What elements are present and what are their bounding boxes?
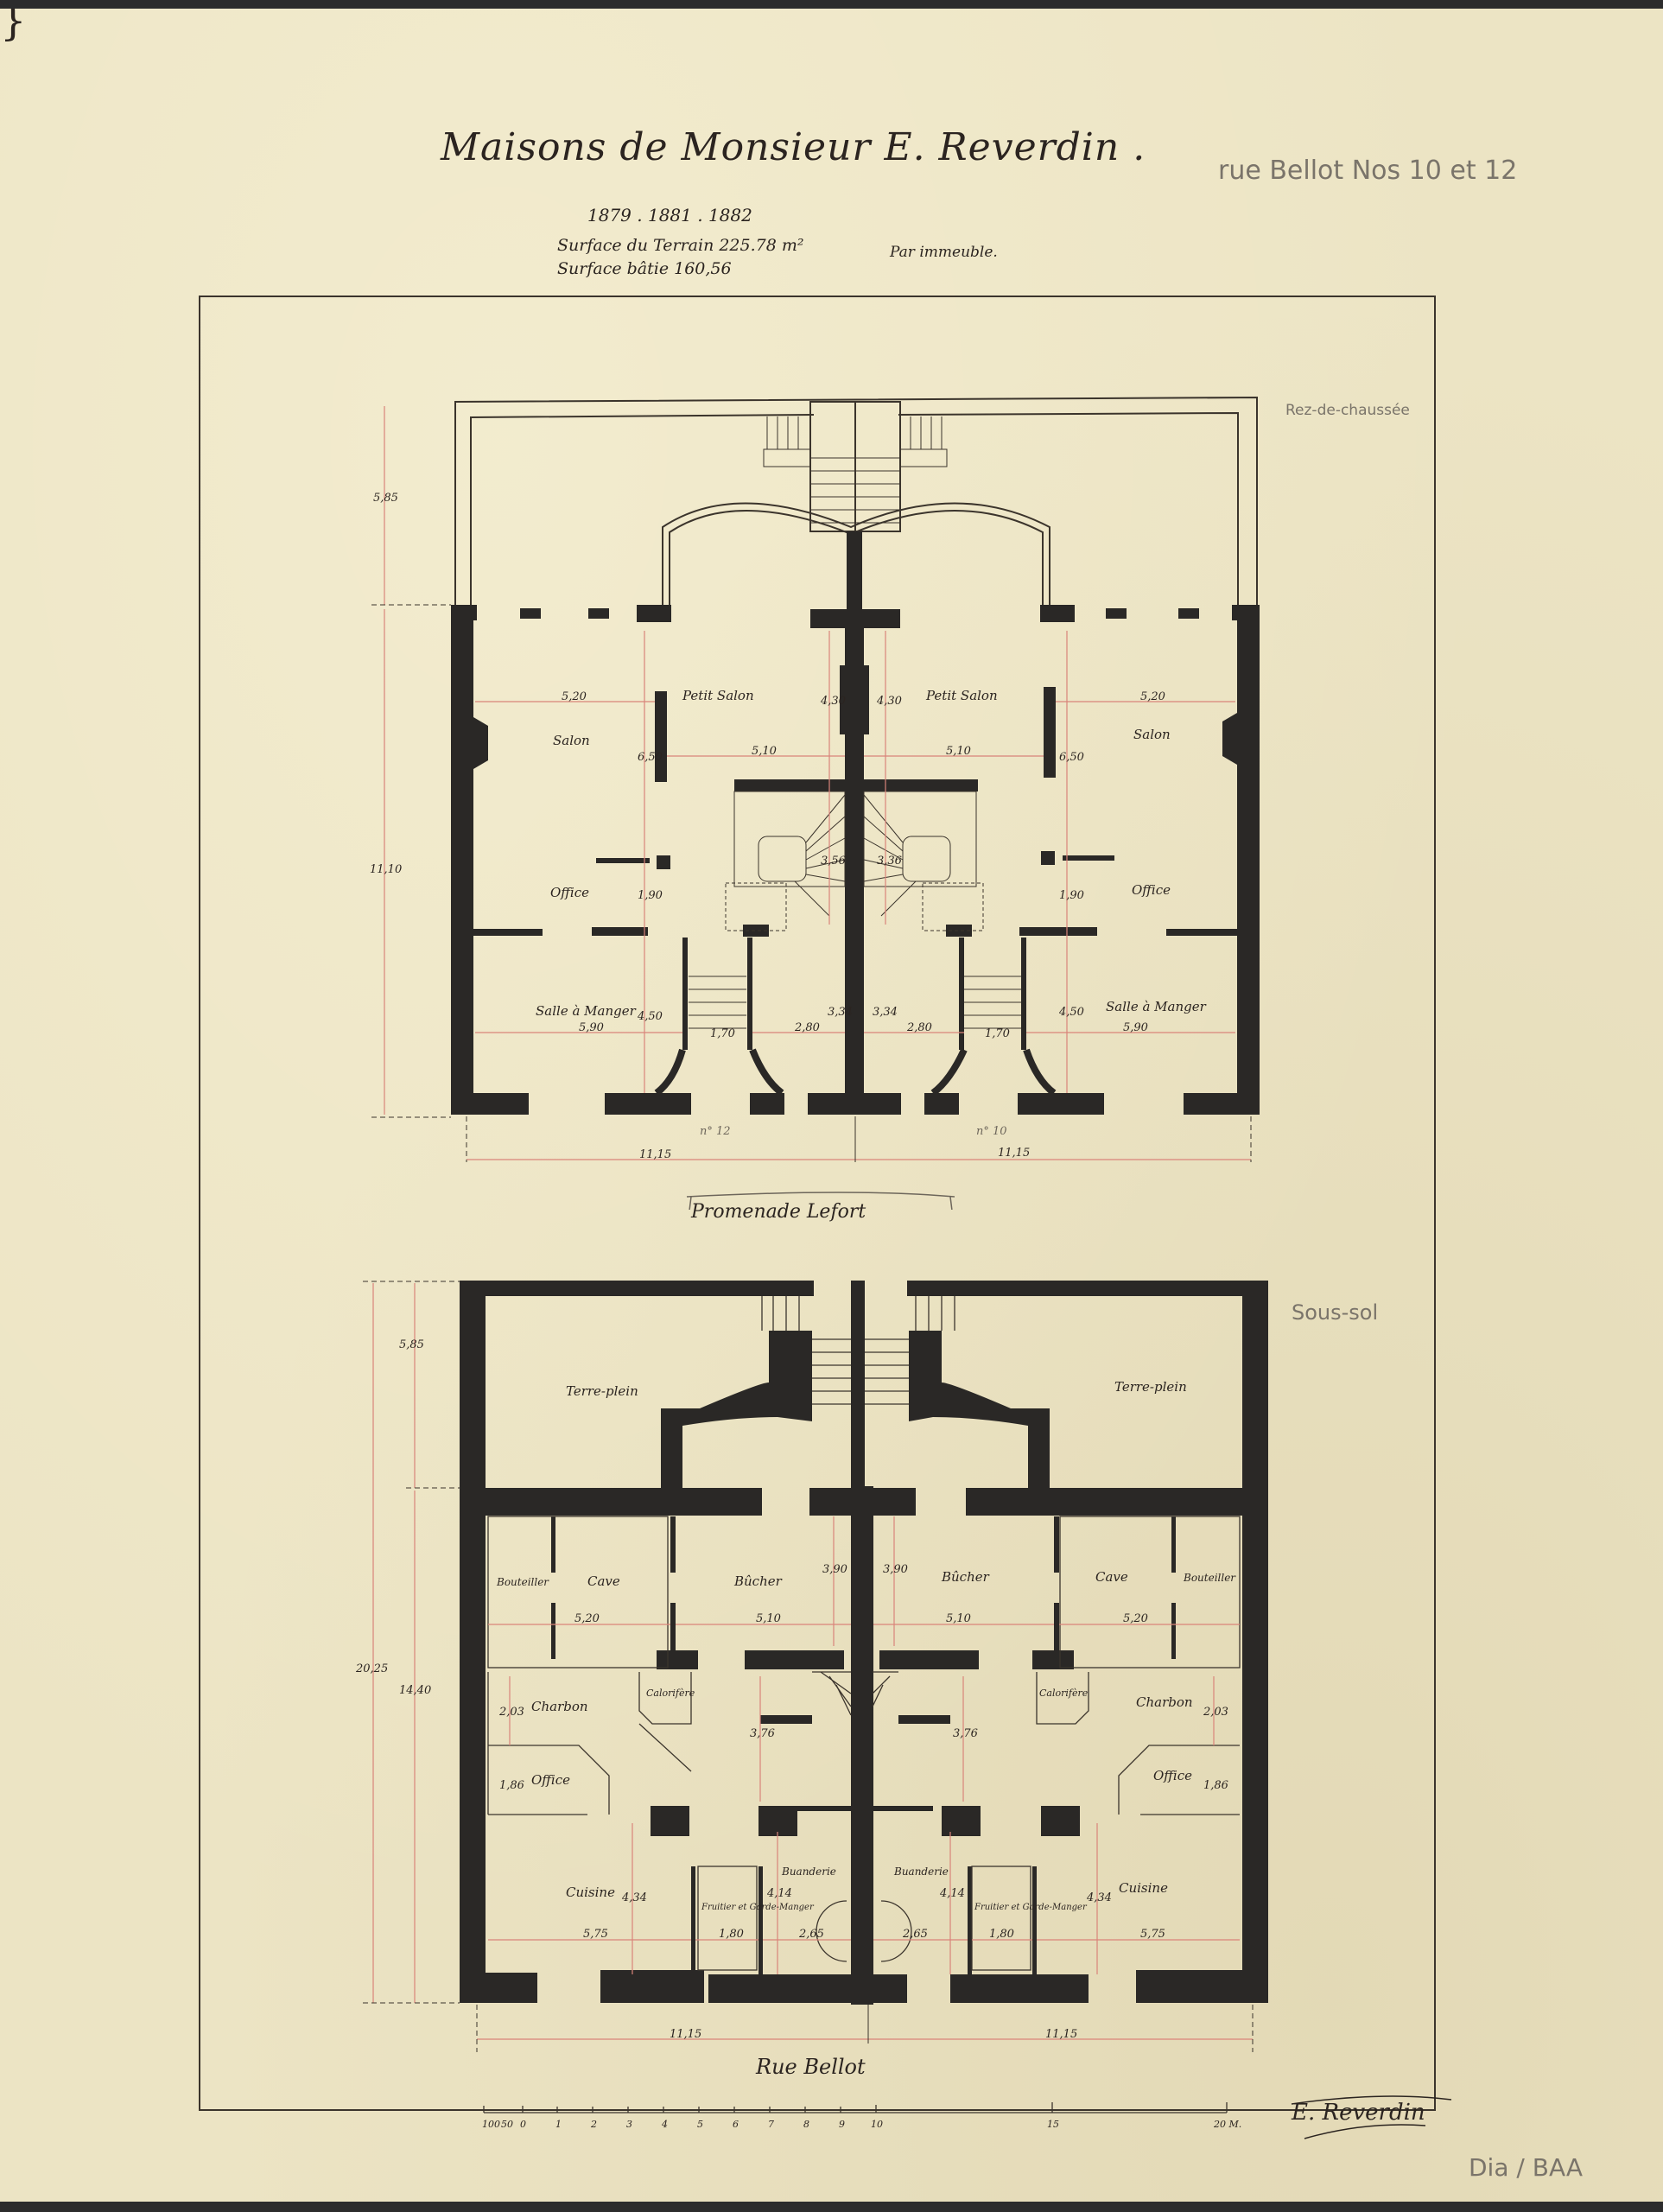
dimension: 1,70 [710, 1027, 735, 1040]
dimension: 20,25 [355, 1662, 388, 1675]
dimension: 5,10 [752, 745, 777, 758]
dimension: 5,85 [373, 492, 398, 505]
dimension: 5,90 [1123, 1021, 1148, 1034]
scale-tick: 50 [501, 2119, 513, 2130]
dimension: 6,50 [1059, 751, 1084, 764]
room-label: Cuisine [1119, 1880, 1168, 1896]
dimension: 1,86 [499, 1779, 524, 1792]
dimension: 5,75 [583, 1928, 608, 1941]
room-label: Bûcher [733, 1573, 783, 1589]
dimension: 4,50 [1058, 1006, 1084, 1019]
ground-floor-plan: Salon Petit Salon Office Salle à Manger … [0, 0, 1663, 1210]
scale-tick: 6 [733, 2119, 739, 2130]
house-number: n° 12 [700, 1125, 731, 1138]
dimension: 4,14 [766, 1887, 792, 1900]
dimension: 11,15 [639, 1148, 671, 1161]
scale-tick: 9 [839, 2119, 845, 2130]
scale-tick: 1 [555, 2119, 562, 2130]
room-label: Salon [1133, 727, 1171, 742]
dimension: 2,80 [906, 1021, 932, 1034]
scale-tick: 7 [768, 2119, 774, 2130]
dimension: 5,10 [946, 745, 971, 758]
room-label: Office [1153, 1768, 1192, 1783]
dimension: 4,50 [637, 1010, 663, 1023]
room-label: Fruitier et Garde-Manger [974, 1903, 1088, 1912]
dimension: 11,10 [370, 863, 402, 876]
dimension: 5,20 [1123, 1612, 1148, 1625]
dimension: 1,86 [1203, 1779, 1228, 1792]
scale-tick: 100 [482, 2119, 500, 2130]
dimension: 4,34 [621, 1891, 647, 1904]
dimension: 4,14 [939, 1887, 965, 1900]
dimension: 1,90 [638, 889, 663, 902]
drawing-sheet: Maisons de Monsieur E. Reverdin . 1879 .… [0, 0, 1663, 2212]
scale-tick: 20 M. [1213, 2119, 1241, 2130]
room-label: Cave [1095, 1569, 1128, 1585]
scale-tick: 5 [697, 2119, 703, 2130]
dimension: 5,20 [562, 690, 587, 703]
room-label: Salon [553, 733, 590, 748]
dimension: 1,90 [1059, 889, 1084, 902]
dimension: 11,15 [998, 1147, 1030, 1160]
scale-tick: 8 [803, 2119, 809, 2130]
dimension: 1,70 [985, 1027, 1010, 1040]
dimension: 3,90 [822, 1563, 847, 1576]
dimension: 5,75 [1140, 1928, 1165, 1941]
dimension: 5,90 [579, 1021, 604, 1034]
dimension: 4,30 [876, 695, 902, 708]
dimension: 5,10 [756, 1612, 781, 1625]
room-label: Bouteiller [496, 1576, 549, 1588]
room-label: Petit Salon [682, 688, 754, 703]
dimension: 3,76 [953, 1727, 978, 1740]
room-label: Office [550, 885, 589, 900]
dimension: 3,76 [750, 1727, 775, 1740]
dimension: 1,80 [989, 1928, 1014, 1941]
room-label: Buanderie [893, 1866, 949, 1878]
room-label: Calorifère [646, 1688, 695, 1699]
dimension: 2,80 [794, 1021, 820, 1034]
room-label: Terre-plein [1114, 1379, 1187, 1395]
room-label: Terre-plein [566, 1383, 638, 1399]
room-label: Office [1132, 882, 1171, 898]
room-label: Cuisine [566, 1885, 615, 1900]
scale-tick: 10 [871, 2119, 883, 2130]
scale-tick: 15 [1047, 2119, 1059, 2130]
dimension: 3,56 [821, 855, 846, 868]
dimension: 2,65 [798, 1928, 824, 1941]
room-label: Bûcher [941, 1569, 990, 1585]
basement-plan: Terre-plein Terre-plein Bouteiller Cave … [0, 1244, 1663, 2195]
room-label: Bouteiller [1183, 1572, 1236, 1584]
dimension: 3,90 [883, 1563, 908, 1576]
dimension: 3,34 [828, 1006, 853, 1019]
room-label: Cave [587, 1573, 620, 1589]
scale-bar [484, 2102, 1227, 2113]
dimension: 5,20 [574, 1612, 600, 1625]
dimension: 6,50 [638, 751, 663, 764]
dimension: 2,03 [498, 1706, 524, 1719]
dimension: 11,15 [1045, 2028, 1077, 2041]
scale-tick: 2 [590, 2119, 597, 2130]
scan-border-bottom [0, 2202, 1663, 2212]
room-label: Buanderie [781, 1866, 836, 1878]
room-label: Salle à Manger [1106, 999, 1207, 1014]
room-label: Petit Salon [925, 688, 998, 703]
dimension: 11,15 [670, 2028, 701, 2041]
dimension: 2,03 [1203, 1706, 1228, 1719]
dimension: 1,80 [719, 1928, 744, 1941]
dimension: 5,85 [399, 1338, 424, 1351]
scale-tick: 3 [626, 2119, 632, 2130]
room-label: Charbon [531, 1699, 588, 1714]
dimension: 5,20 [1140, 690, 1165, 703]
room-label: Calorifère [1039, 1688, 1089, 1699]
house-number: n° 10 [976, 1125, 1007, 1138]
dimension: 14,40 [399, 1684, 431, 1697]
room-label: Office [531, 1772, 570, 1788]
scale-tick: 0 [520, 2119, 526, 2130]
room-label: Fruitier et Garde-Manger [701, 1903, 815, 1912]
room-label: Salle à Manger [536, 1003, 637, 1019]
room-label: Charbon [1136, 1694, 1193, 1710]
dimension: 4,30 [820, 695, 846, 708]
dimension: 3,36 [877, 855, 902, 868]
dimension: 5,10 [946, 1612, 971, 1625]
scale-tick: 4 [661, 2119, 668, 2130]
dimension: 4,34 [1086, 1891, 1112, 1904]
dimension: 2,65 [902, 1928, 928, 1941]
dimension: 3,34 [873, 1006, 898, 1019]
